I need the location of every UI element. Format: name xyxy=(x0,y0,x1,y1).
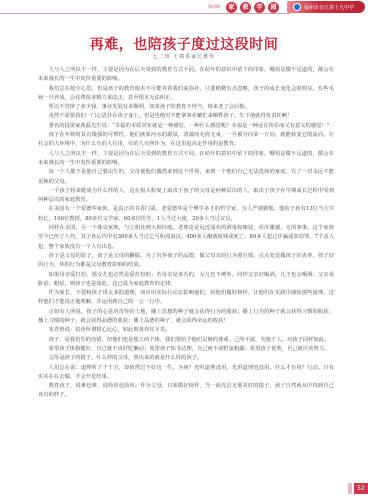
paragraph: 在美国有一个爱德华家族，是真正的书香门第。老爱德华是个博学多才的哲学家，为人严谨… xyxy=(38,205,334,224)
paragraph: 孩子，是我们生的没错，但他们也是独立的个体，我们要给予他们足够的尊重。己所不欲，… xyxy=(38,336,334,345)
issue-label: 第四期 xyxy=(208,4,220,10)
article-body: 人与人之所以不一样，主要是因为在后天受到的教育方式不同。在幼年的意识中留下的印象… xyxy=(38,66,334,401)
paragraph: 正如有人所说，孩子的心是块奇怪的土地，播上思想的种子就会获得行为的收获；播上行为… xyxy=(38,308,334,327)
paragraph: 同样在美国，另一个珠克家族，与之相比则大相径庭。老珠克是远近闻名的酒鬼和赌徒，浑… xyxy=(38,224,334,252)
paragraph: 一个孩子将来能成为什么样的人，这在很大程度上取决于孩子的父母是何种层次的人，取决… xyxy=(38,187,334,206)
school-banner: 福州市台江第十九中学 xyxy=(287,1,365,13)
paragraph: 如果母亲爱打扮，那女儿也必然是爱打扮的；若母亲是多舌的，女儿也不例外。同样父亲好… xyxy=(38,271,334,290)
school-name: 福州市台江第十九中学 xyxy=(304,4,354,11)
article-title: 再难，也陪孩子度过这段时间 xyxy=(0,34,368,54)
section-badges: 家 教 学 园 xyxy=(226,2,279,13)
paragraph: 人们总在说：道理听了千千万，却依然过不好这一生。为何？光听道理没用，光讲道理也没… xyxy=(38,364,334,383)
badge-3: 学 xyxy=(254,2,265,13)
article-byline: 七二班 王婧希家长推荐 xyxy=(0,53,368,60)
paragraph: 每一个人都不是他自己要出生的，父母使他们偶然来到这个世界，来到一个他们自己无法选… xyxy=(38,168,334,187)
paragraph: 人与人之所以不一样，主要是因为在后天受到的教育方式不同。在幼年的意识中留下的印象… xyxy=(38,66,334,85)
paragraph: 孩子在年幼时具有极强的可塑性，他们就象河水的源泉，清澈而无拘无束，一旦被导向某一… xyxy=(38,131,334,150)
paragraph: 著名的投资家黄磊先生说：“幸福的本质其实就是一种感觉，一种什么感觉呢？幸福是一种… xyxy=(38,122,334,131)
paragraph: 朱熹曾说：俗语所谓将心比心，如此则各得其平矣。 xyxy=(38,326,334,335)
badge-4: 园 xyxy=(268,2,279,13)
paragraph: 父母是孩子的镜子，什么样的父母，照出来的就是什么样的孩子。 xyxy=(38,354,334,363)
paragraph: 希望孩子体格健壮，自己就不该好吃懒动；希望孩子知书达理，自己就不该野蛮粗鄙；希望… xyxy=(38,345,334,354)
header-rule xyxy=(0,13,290,14)
page-tab-accent xyxy=(348,483,352,494)
paragraph: 所以不管挣了多少钱，事业发展有多顺利，如果孩子的教育不得当，将来老了会后悔。 xyxy=(38,103,334,112)
page-number: 52 xyxy=(354,483,368,494)
paragraph: 虽然不需要我们一门心思扑在孩子身上，但是也绝对不能拿事业繁忙来牺牲孩子。生下他就… xyxy=(38,112,334,121)
paragraph: 孩子是父母的影子，孩子是父母的翻版。为了培养孩子的品德，做父母亲的行为要自慎，点… xyxy=(38,252,334,271)
badge-1: 家 xyxy=(226,2,237,13)
paragraph: 教育孩子，说难也难，说简单也简单。作为父母，只需做好榜样，当一面光洁无瑕美好的镜… xyxy=(38,382,334,401)
paragraph: 人与人之所以不一样，主要是因为在后天受到的教育方式不同。在幼年的意识中留下的印象… xyxy=(38,150,334,169)
badge-2: 教 xyxy=(240,2,251,13)
school-logo-icon xyxy=(293,3,301,11)
paragraph: 我们总在挖空心思，但是孩子的教育根本不可能等着我们来弥补。只要稍微有点忽略，孩子… xyxy=(38,85,334,104)
paragraph: 作为家长，不要和孩子讲太多的道理，而应用实际行动去影响他们，给他们做好榜样，让他… xyxy=(38,289,334,308)
